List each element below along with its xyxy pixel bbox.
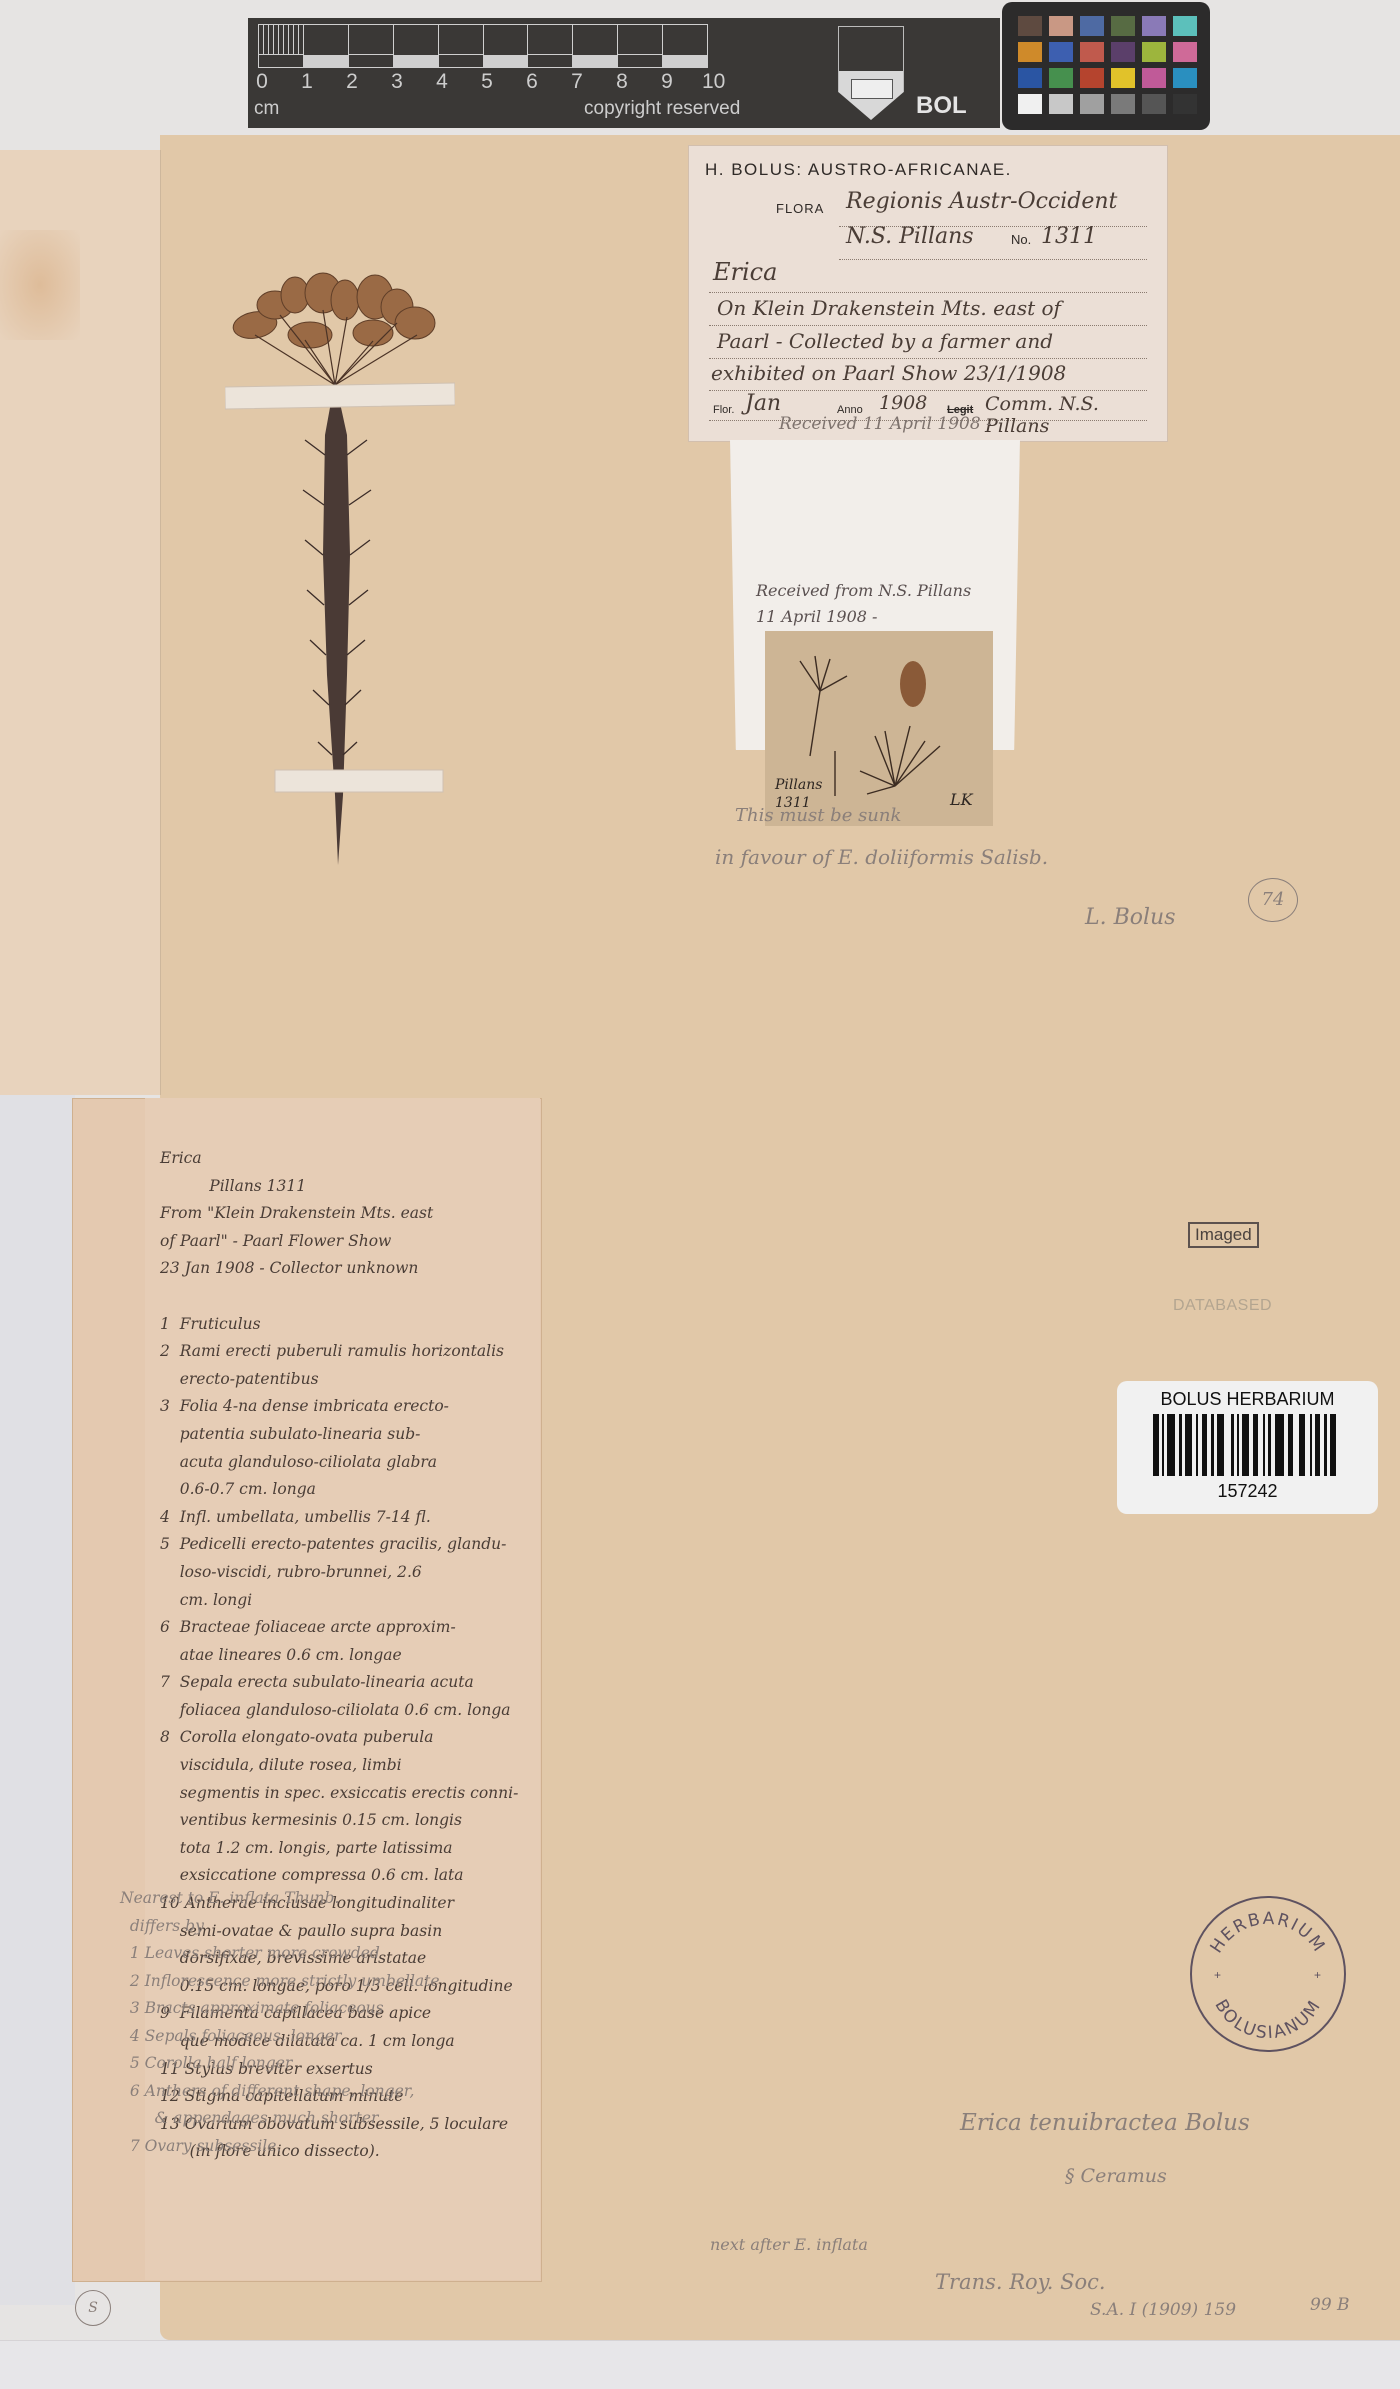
- color-chip: [1018, 94, 1042, 114]
- publication-reference: Trans. Roy. Soc.: [935, 2270, 1106, 2294]
- barcode-icon: [1153, 1414, 1343, 1476]
- background-gap: [0, 1095, 75, 2305]
- page-number: 99 B: [1310, 2295, 1350, 2315]
- copyright-text: copyright reserved: [584, 98, 740, 120]
- ruler-ticks: [258, 24, 708, 68]
- svg-text:+: +: [1314, 1968, 1321, 1982]
- svg-text:HERBARIUM: HERBARIUM: [1207, 1909, 1330, 1957]
- number-label: No.: [1011, 232, 1031, 247]
- plant-specimen: [225, 255, 455, 875]
- collector-name: N.S. Pillans: [846, 224, 974, 249]
- color-chip: [1173, 94, 1197, 114]
- ruler-number: 5: [477, 70, 497, 94]
- color-chip: [1049, 42, 1073, 62]
- color-chip: [1111, 68, 1135, 88]
- color-chip: [1142, 68, 1166, 88]
- color-checker: [1002, 2, 1210, 130]
- barcode-title: BOLUS HERBARIUM: [1117, 1389, 1378, 1410]
- received-date: Received 11 April 1908 -: [779, 414, 992, 434]
- color-chip: [1173, 68, 1197, 88]
- ruler-number: 10: [702, 70, 722, 94]
- color-chip: [1173, 16, 1197, 36]
- color-chip-grid: [1018, 16, 1197, 114]
- ruler-number: 0: [252, 70, 272, 94]
- color-chip: [1111, 42, 1135, 62]
- flowering-label: Flor.: [713, 404, 734, 416]
- comparison-notes: Nearest to E. inflata Thunb. differs by …: [120, 1885, 520, 2160]
- determination-name: Erica tenuibractea Bolus: [960, 2110, 1250, 2136]
- color-chip: [1080, 94, 1104, 114]
- ruler-number: 6: [522, 70, 542, 94]
- color-chip: [1049, 16, 1073, 36]
- institution-code: BOL: [916, 92, 967, 120]
- color-chip: [1018, 16, 1042, 36]
- flowering-month: Jan: [745, 391, 781, 416]
- publication-volume: S.A. I (1909) 159: [1090, 2300, 1236, 2320]
- locality-line: On Klein Drakenstein Mts. east of: [717, 296, 1061, 320]
- envelope-note: Received from N.S. Pillans 11 April 1908…: [756, 578, 971, 630]
- color-chip: [1080, 42, 1104, 62]
- ruler-unit: cm: [254, 98, 279, 120]
- scanner-background: [0, 2340, 1400, 2389]
- genus: Erica: [713, 258, 777, 286]
- svg-text:+: +: [1214, 1968, 1221, 1982]
- ruler-number: 1: [297, 70, 317, 94]
- databased-stamp: DATABASED: [1173, 1297, 1272, 1315]
- sequence-note: next after E. inflata: [710, 2235, 868, 2254]
- ruler-number: 9: [657, 70, 677, 94]
- communicated-by: Comm. N.S. Pillans: [985, 393, 1167, 437]
- stain: [0, 230, 80, 340]
- ruler-number: 4: [432, 70, 452, 94]
- herbarium-bolusianum-stamp: HERBARIUM BOLUSIANUM + +: [1190, 1896, 1346, 2052]
- scale-ruler: 0 1 2 3 4 5 6 7 8 9 10 cm copyright rese…: [248, 18, 1000, 128]
- color-chip: [1142, 94, 1166, 114]
- color-chip: [1111, 94, 1135, 114]
- annotator-signature: L. Bolus: [1085, 905, 1176, 930]
- determination-section: § Ceramus: [1065, 2165, 1167, 2187]
- circled-number: 74: [1248, 878, 1298, 922]
- packet-initials: LK: [950, 790, 973, 809]
- locality-line: Paarl - Collected by a farmer and: [717, 329, 1053, 353]
- ruler-numbers: 0 1 2 3 4 5 6 7 8 9 10: [252, 70, 722, 94]
- color-chip: [1142, 42, 1166, 62]
- svg-text:BOLUSIANUM: BOLUSIANUM: [1210, 1996, 1325, 2043]
- color-chip: [1173, 42, 1197, 62]
- color-chip: [1018, 68, 1042, 88]
- pencil-annotation: in favour of E. doliiformis Salisb.: [715, 845, 1048, 869]
- barcode-label: BOLUS HERBARIUM 157242: [1117, 1381, 1378, 1514]
- color-chip: [1142, 16, 1166, 36]
- collection-label: H. BOLUS: AUSTRO-AFRICANAE. FLORA Region…: [688, 145, 1168, 442]
- ruler-number: 7: [567, 70, 587, 94]
- color-chip: [1080, 16, 1104, 36]
- ruler-number: 8: [612, 70, 632, 94]
- locality-line: exhibited on Paarl Show 23/1/1908: [711, 361, 1066, 385]
- color-chip: [1049, 94, 1073, 114]
- pencil-annotation: This must be sunk: [735, 805, 901, 826]
- color-chip: [1049, 68, 1073, 88]
- ruler-number: 3: [387, 70, 407, 94]
- color-chip: [1080, 68, 1104, 88]
- university-crest-icon: [838, 26, 904, 120]
- collection-number: 1311: [1041, 224, 1097, 249]
- year-value: 1908: [879, 392, 927, 414]
- flora-label: FLORA: [776, 201, 824, 216]
- barcode-number: 157242: [1117, 1481, 1378, 1502]
- flora-value: Regionis Austr-Occident: [846, 189, 1117, 214]
- circled-letter: S: [75, 2290, 111, 2326]
- imaged-stamp: Imaged: [1188, 1222, 1259, 1248]
- color-chip: [1111, 16, 1135, 36]
- color-chip: [1018, 42, 1042, 62]
- stamp-text-ring: HERBARIUM BOLUSIANUM + +: [1192, 1898, 1344, 2050]
- ruler-number: 2: [342, 70, 362, 94]
- label-header: H. BOLUS: AUSTRO-AFRICANAE.: [705, 160, 1012, 180]
